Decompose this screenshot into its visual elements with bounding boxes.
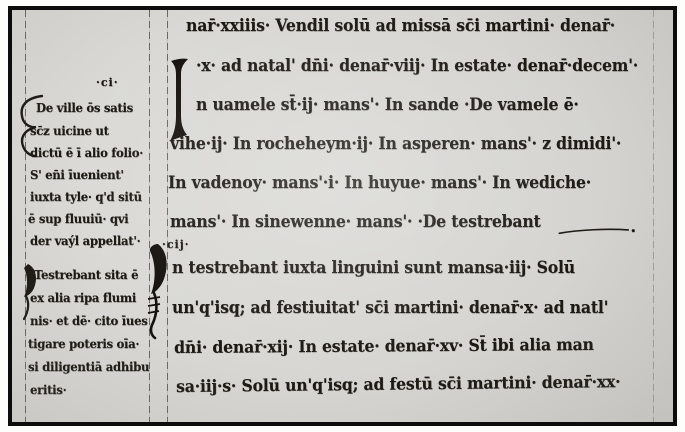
margin-text-line: dictū ē ī alio folio· [30,146,143,160]
text-line: mans'· In sinewenne· mans'· ·De testreba… [170,212,541,231]
margin-text-line: ē sup fluuiū· qvi [28,212,128,226]
text-line: ·x· ad natal' dn̄i· denar̄·viij· In esta… [196,56,638,75]
decorated-initial-I-icon [168,58,190,146]
margin-text-line: S' en̄i īuenient' [30,168,124,182]
decorated-initial-I-icon [140,243,170,345]
margin-text-line: der vaýl appellat'· [30,234,140,248]
text-line: In vadenoy· mans'·i· In huyue· mans'· In… [168,173,591,192]
text-line: un'q'isq; ad festiuitat' sc̄i martini· d… [172,298,608,317]
text-line: nar̄·xxiiis· Vendil solū ad missā sc̄i m… [186,16,615,35]
photo-frame: ·ci· De ville ōs satis sc̄z uicine ut di… [8,6,677,426]
margin-text-line: tigare poteris oīa· [28,337,139,351]
text-line: vihe·ij· In rocheheym·ij· In asperen· ma… [170,134,621,153]
ruling-line-left [25,10,26,422]
margin-text-line: ex alia ripa flumi [30,291,136,305]
text-line: sa·iij·s· Solū un'q'isq; ad festū sc̄i m… [176,372,620,396]
text-line: n testrebant iuxta linguini sunt mansa·i… [172,258,575,277]
margin-text-line: De ville ōs satis [36,101,133,115]
margin-text-line: nis· et dē· cito īues [30,314,147,328]
margin-text-line: si diligentiā adhibu [28,360,149,374]
margin-text-line: eritis· [30,383,66,397]
text-line: dn̄i· denar̄·xij· In estate· denar̄·xv· … [174,335,594,357]
ruling-line-right [653,10,654,422]
margin-text-line: Testrebant sita ē [34,268,138,282]
line-filler-stroke [558,219,636,228]
margin-text-line: sc̄z uicine ut [30,124,109,138]
manuscript-photo: ·ci· De ville ōs satis sc̄z uicine ut di… [0,0,685,432]
margin-text-line: iuxta tyle· q'd sitū [30,190,142,204]
section-number: ·cij· [162,238,190,251]
margin-note-number: ·ci· [96,76,119,89]
text-line: n uamele st̄·ij· mans'· In sande ·De vam… [196,95,579,114]
